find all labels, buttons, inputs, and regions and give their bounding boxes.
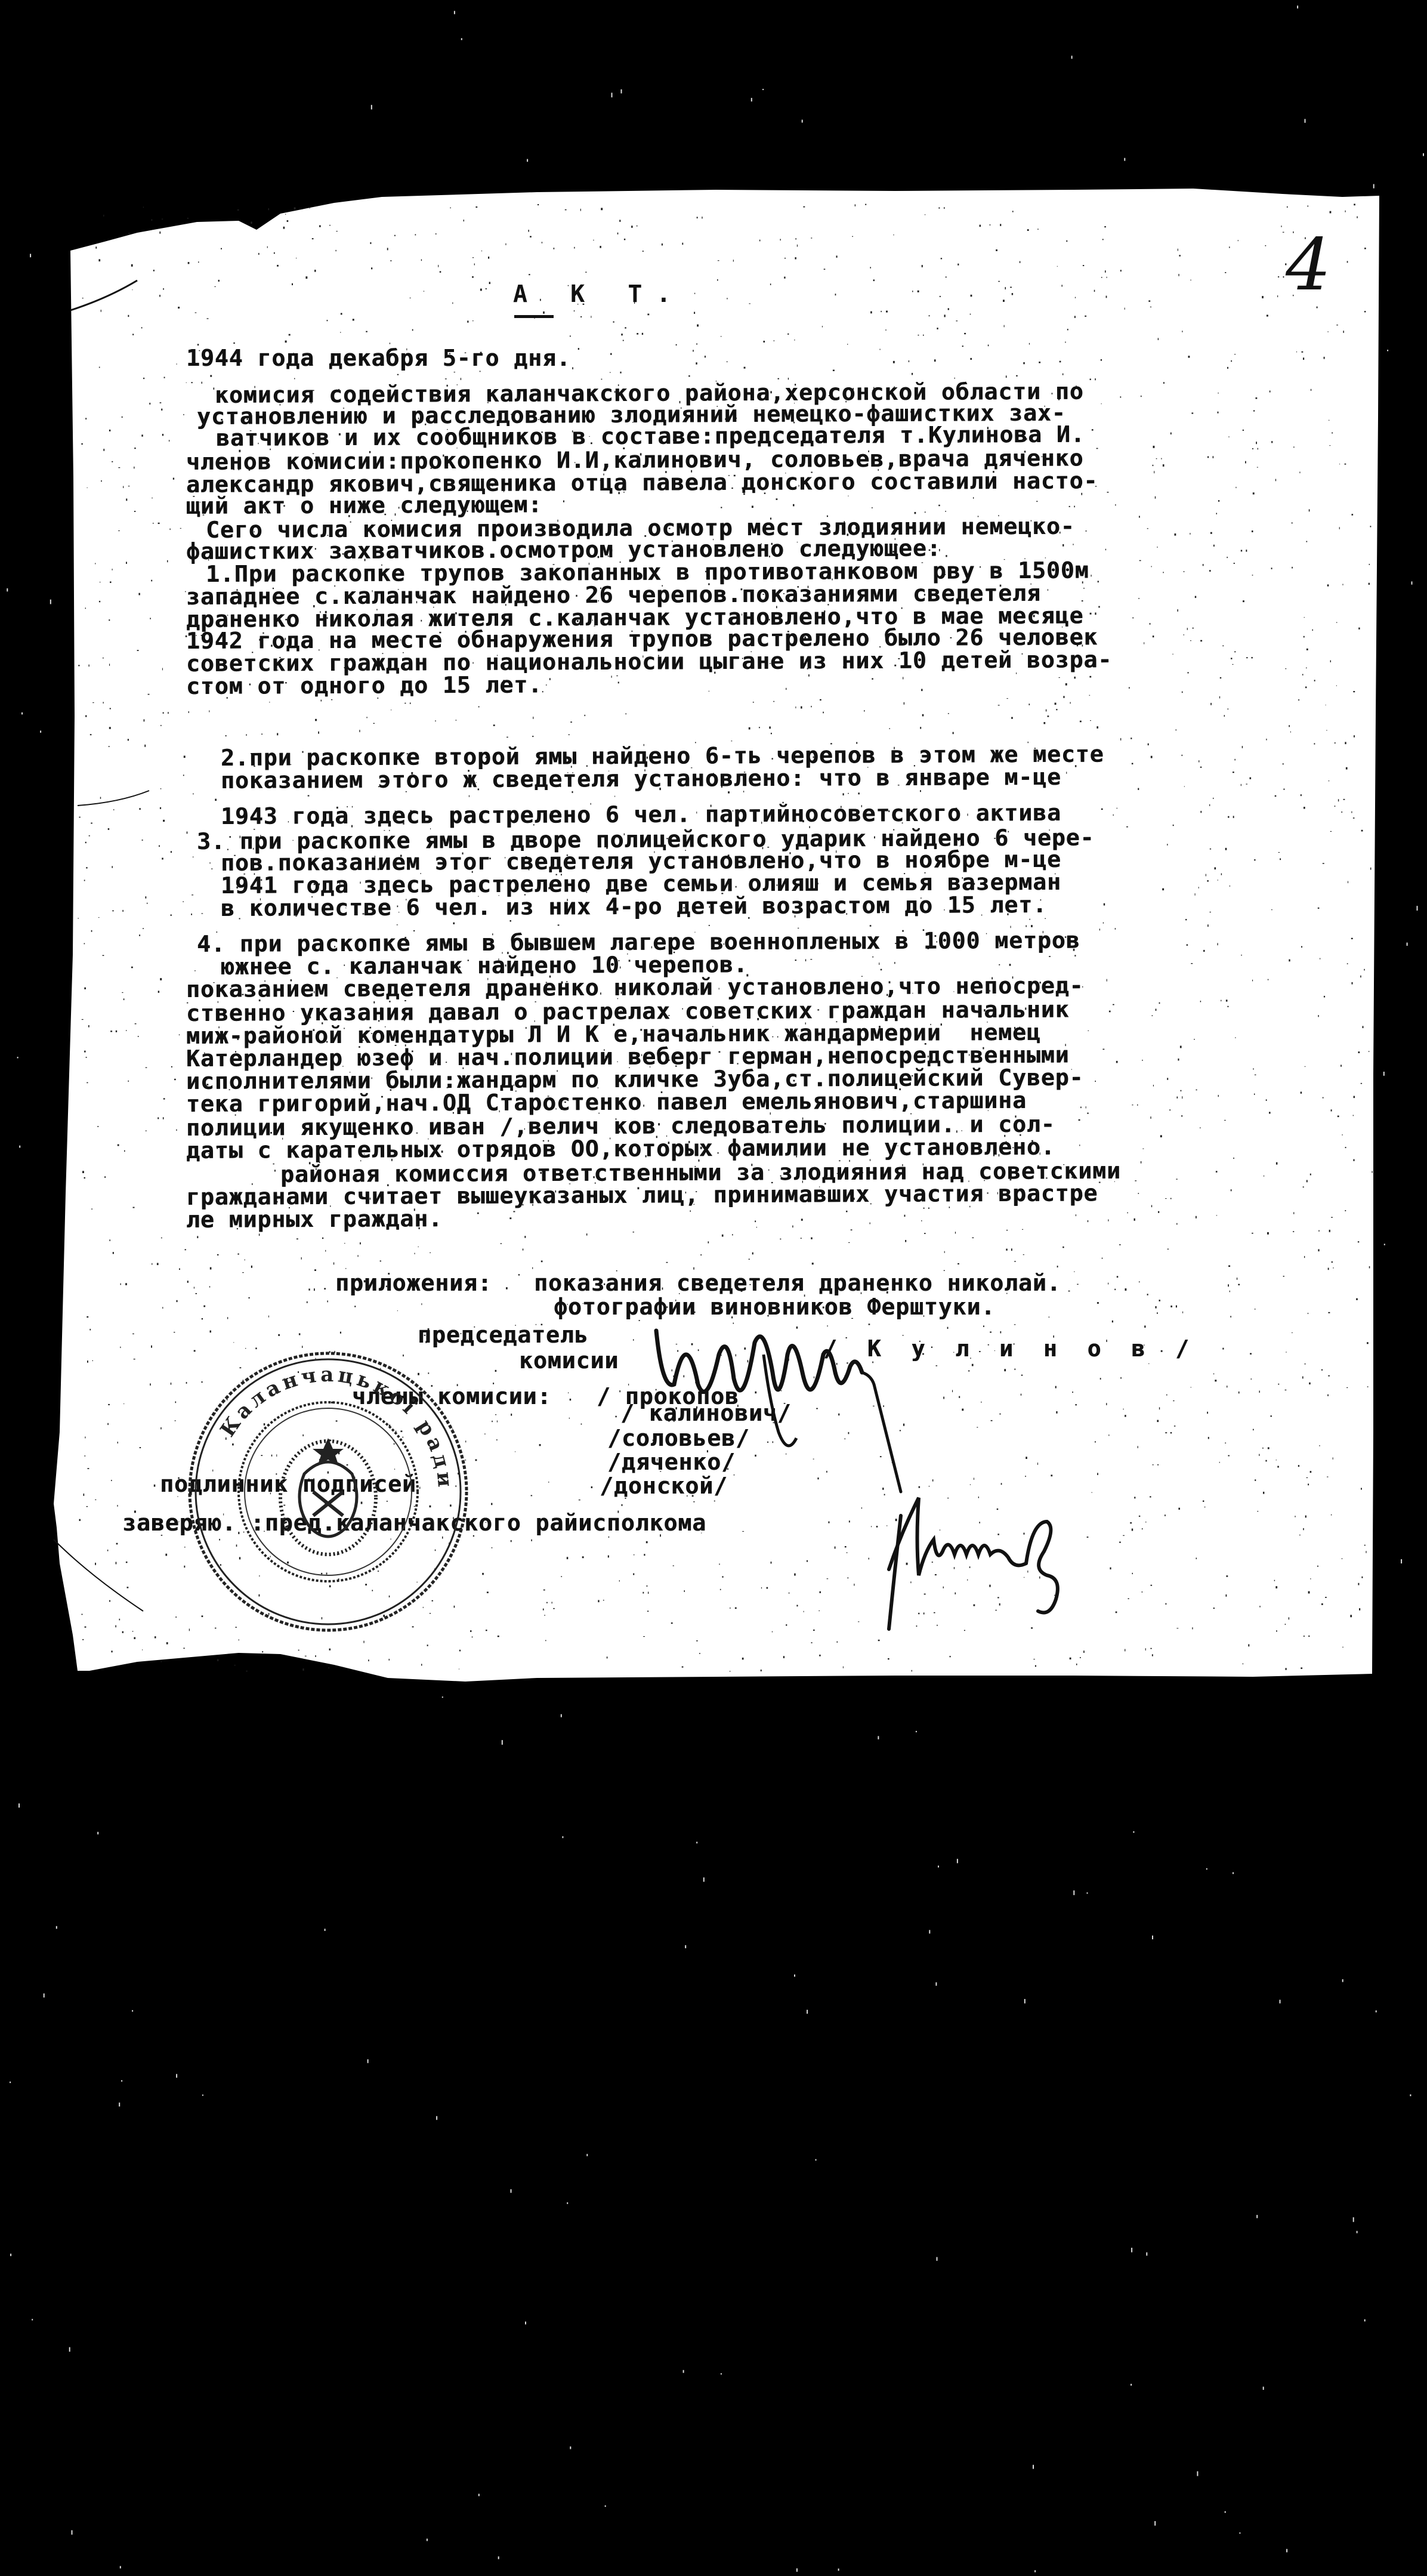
official-stamp-icon: Каланчацької ради [185, 1349, 471, 1635]
attachment-item: показания сведетеля драненко николай. [534, 1270, 1061, 1296]
attachment-item: фотографии виновников Ферштуки. [554, 1294, 995, 1320]
chair-label: председатель [418, 1322, 589, 1348]
body-line: показанием этого ж сведетеля установлено… [221, 764, 1061, 794]
chair-label-2: комисии [519, 1347, 619, 1374]
chair-signature-icon [644, 1319, 955, 1498]
body-line: в количестве 6 чел. из них 4-ро детей во… [221, 891, 1047, 921]
svg-text:Каланчацької ради: Каланчацької ради [216, 1363, 458, 1492]
body-line: стом от одного до 15 лет. [186, 671, 542, 699]
document-title: А К Т. [513, 280, 685, 308]
scanned-page: 4 А К Т. 1944 года декабря 5-го дня. ком… [0, 0, 1427, 2576]
title-underline [514, 315, 554, 318]
page-number: 4 [1286, 224, 1331, 307]
executive-signature-icon [883, 1480, 1217, 1635]
date-line: 1944 года декабря 5-го дня. [186, 345, 571, 371]
attachments-label: приложения: [335, 1270, 492, 1296]
body-line: ле мирных граждан. [186, 1205, 443, 1233]
